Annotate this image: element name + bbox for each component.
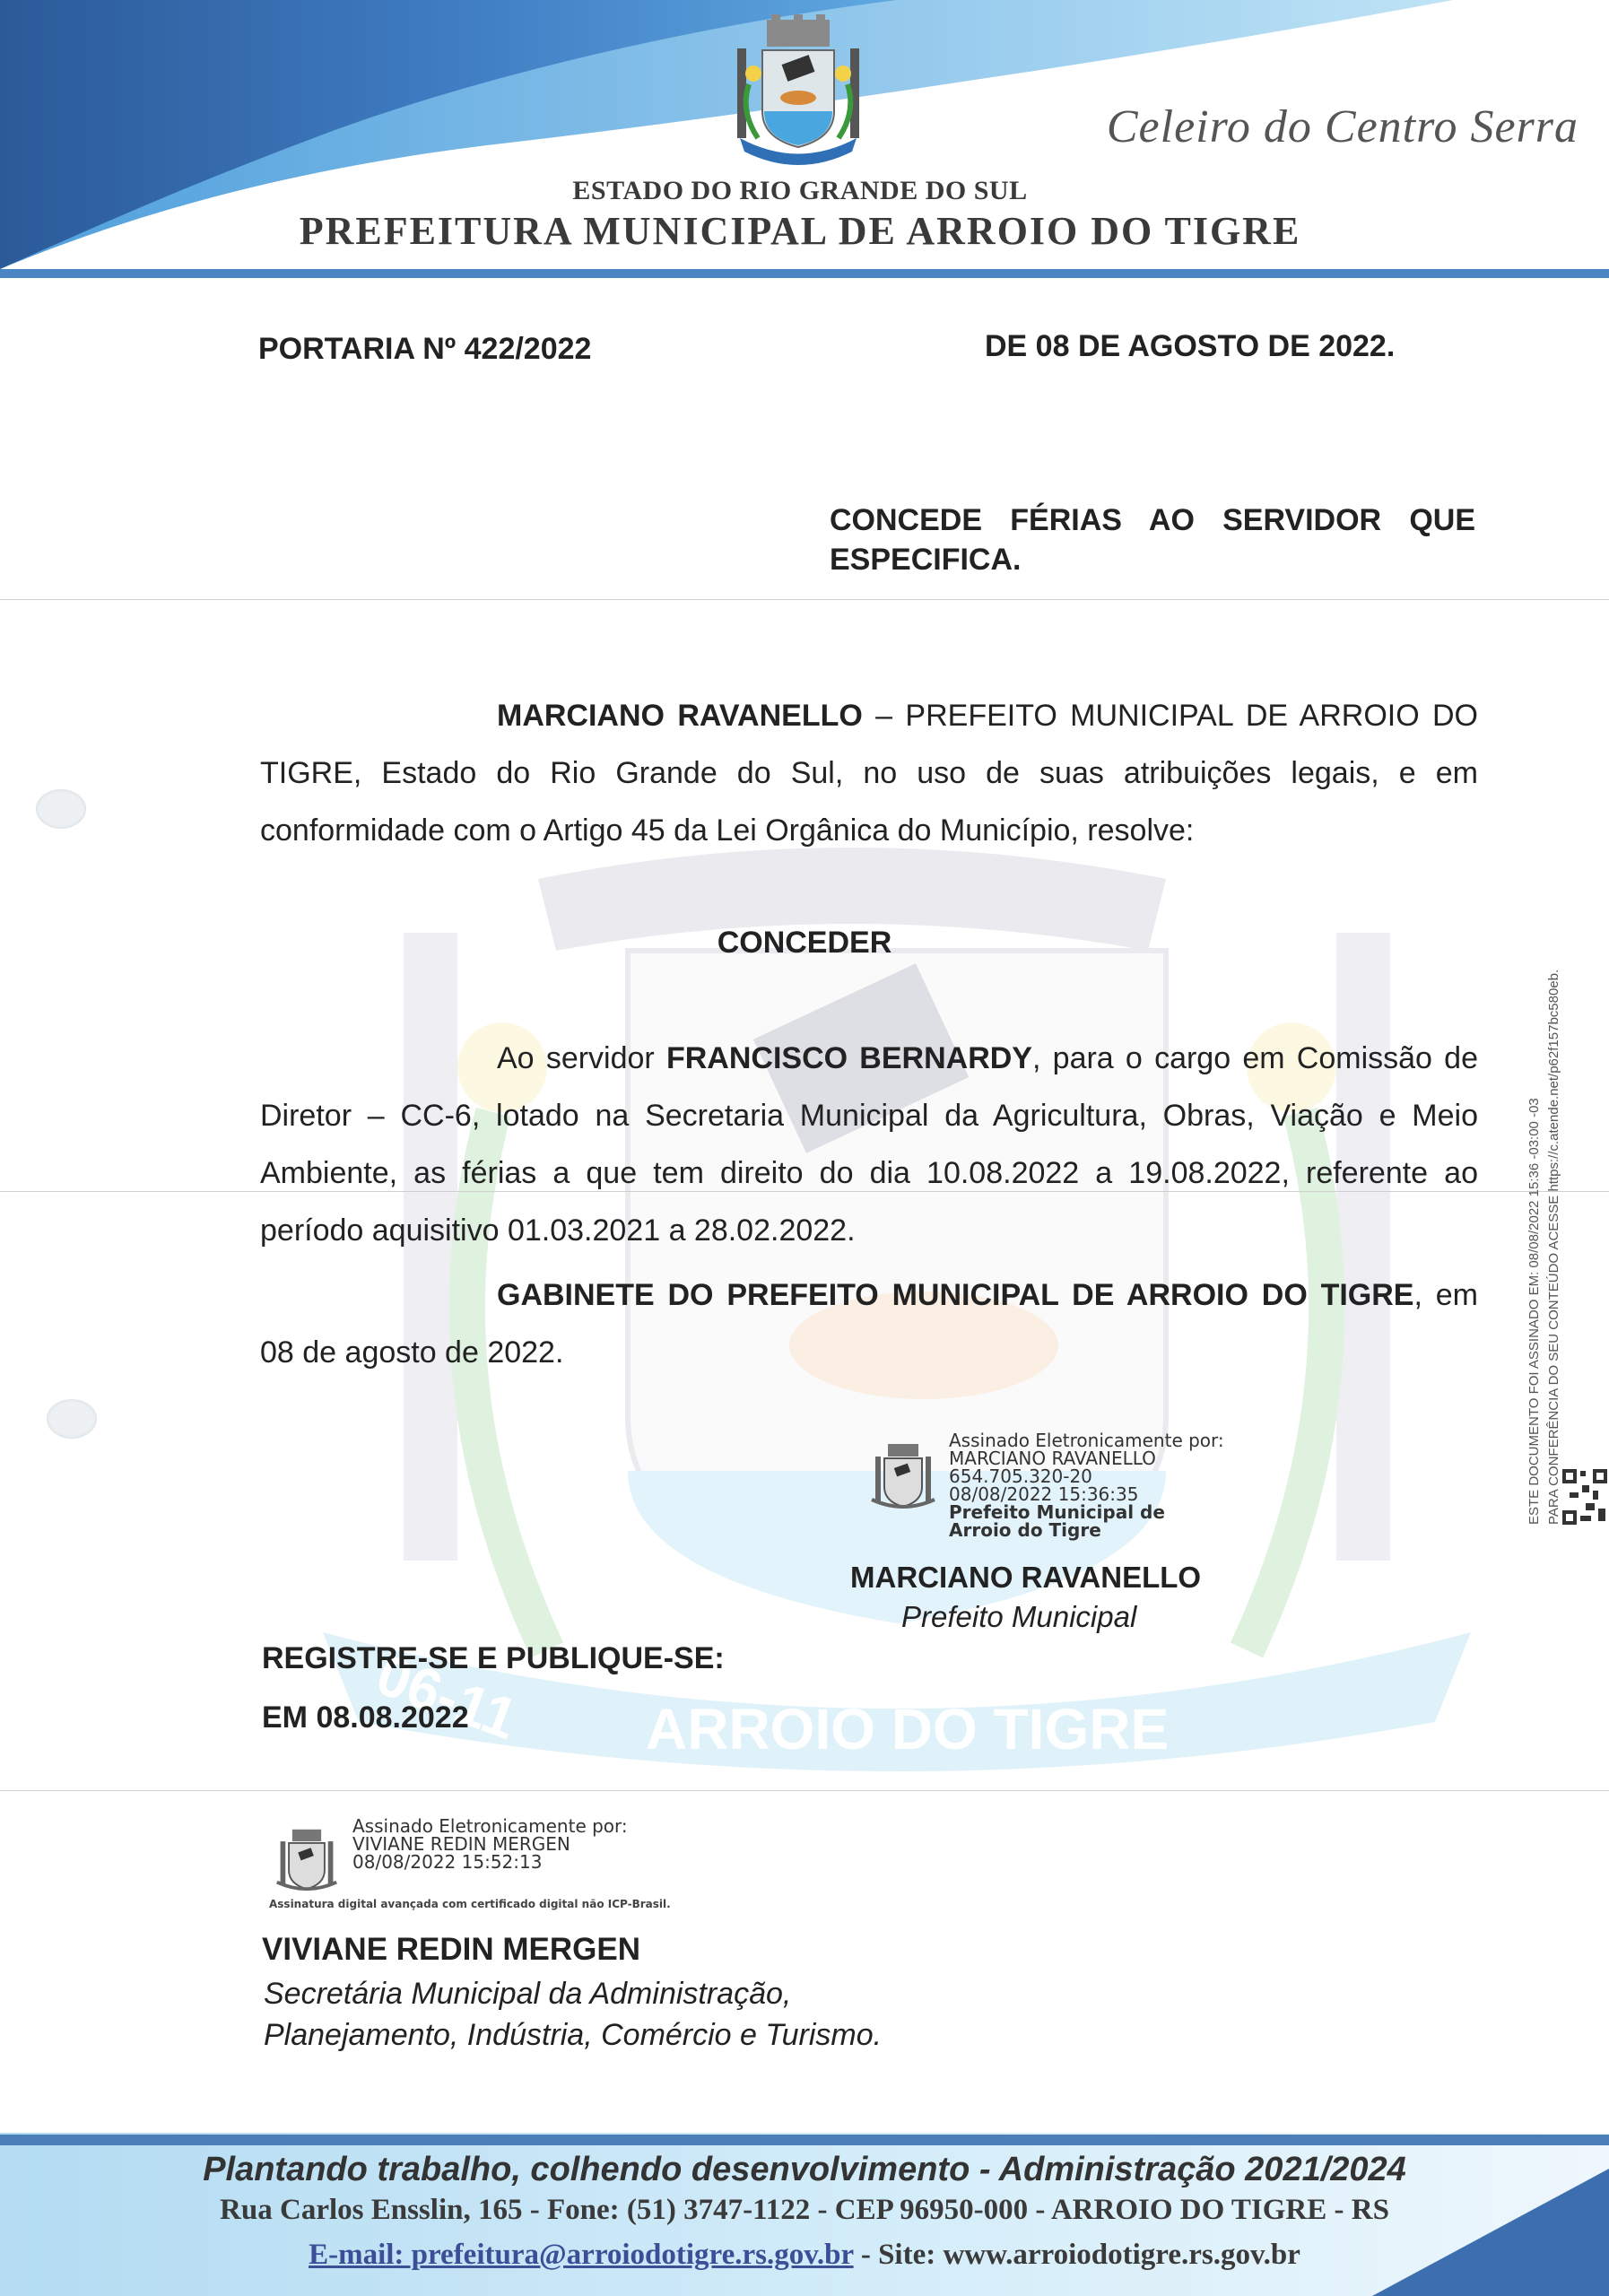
portaria-number: PORTARIA Nº 422/2022 [258,332,591,367]
stamp-heading: Assinado Eletronicamente por: [352,1817,628,1835]
preamble-paragraph: MARCIANO RAVANELLO – PREFEITO MUNICIPAL … [260,687,1478,859]
footer-contact: E-mail: prefeitura@arroiodotigre.rs.gov.… [0,2239,1609,2272]
secretary-title: Secretária Municipal da Administração, P… [264,1973,882,2056]
action-heading: CONCEDER [0,926,1609,961]
verification-notice: ESTE DOCUMENTO FOI ASSINADO EM: 08/08/20… [1525,628,1587,1525]
mayor-signature-name: MARCIANO RAVANELLO [850,1561,1201,1595]
email-link[interactable]: E-mail: prefeitura@arroiodotigre.rs.gov.… [309,2239,854,2271]
secretary-electronic-signature: Assinado Eletronicamente por: VIVIANE RE… [352,1817,628,1871]
stamp-datetime: 08/08/2022 15:52:13 [352,1853,628,1871]
signature-seal-icon [868,1440,938,1510]
punch-hole [47,1399,97,1439]
footer-address: Rua Carlos Ensslin, 165 - Fone: (51) 374… [0,2194,1609,2227]
fold-line [0,1790,1609,1791]
mayor-signature-title: Prefeito Municipal [901,1600,1136,1634]
secretary-title-line: Planejamento, Indústria, Comércio e Turi… [264,2014,882,2056]
fold-line [0,599,1609,600]
svg-text:ARROIO DO TIGRE: ARROIO DO TIGRE [646,1697,1169,1761]
employee-name: FRANCISCO BERNARDY [666,1041,1032,1075]
grant-paragraph: Ao servidor FRANCISCO BERNARDY, para o c… [260,1030,1478,1259]
stamp-heading: Assinado Eletronicamente por: [949,1431,1224,1449]
secretary-name: VIVIANE REDIN MERGEN [262,1932,640,1968]
site-text[interactable]: - Site: www.arroiodotigre.rs.gov.br [854,2239,1300,2271]
punch-hole [36,789,86,829]
closing-bold: GABINETE DO PREFEITO MUNICIPAL DE ARROIO… [497,1278,1413,1312]
portaria-date: DE 08 DE AGOSTO DE 2022. [985,329,1395,364]
mayor-name-inline: MARCIANO RAVANELLO [497,699,863,733]
verification-line: ESTE DOCUMENTO FOI ASSINADO EM: 08/08/20… [1525,628,1544,1525]
closing-paragraph: GABINETE DO PREFEITO MUNICIPAL DE ARROIO… [260,1266,1478,1381]
secretary-title-line: Secretária Municipal da Administração, [264,1973,882,2014]
stamp-datetime: 08/08/2022 15:36:35 [949,1485,1224,1503]
verification-link[interactable]: PARA CONFERÊNCIA DO SEU CONTEÚDO ACESSE … [1544,628,1564,1525]
municipal-crest-logo [718,13,879,165]
stamp-name: VIVIANE REDIN MERGEN [352,1835,628,1853]
motto: Celeiro do Centro Serra [1094,100,1579,153]
stamp-name: MARCIANO RAVANELLO [949,1449,1224,1467]
footer-divider [0,2135,1609,2145]
state-name: ESTADO DO RIO GRANDE DO SUL [0,176,1600,206]
grant-lead: Ao servidor [497,1041,666,1075]
stamp-role: Prefeito Municipal de [949,1503,1224,1521]
signature-seal-icon [274,1826,340,1892]
register-date: EM 08.08.2022 [262,1700,469,1735]
institution-name: PREFEITURA MUNICIPAL DE ARROIO DO TIGRE [0,208,1600,254]
stamp-role: Arroio do Tigre [949,1521,1224,1539]
register-publish: REGISTRE-SE E PUBLIQUE-SE: [262,1641,725,1676]
mayor-electronic-signature: Assinado Eletronicamente por: MARCIANO R… [949,1431,1224,1539]
preamble-text: – PREFEITO MUNICIPAL DE ARROIO DO TIGRE,… [260,699,1478,848]
header-divider [0,269,1609,278]
footer-slogan: Plantando trabalho, colhendo desenvolvim… [0,2151,1609,2189]
certificate-note: Assinatura digital avançada com certific… [269,1898,700,1911]
stamp-id: 654.705.320-20 [949,1467,1224,1485]
document-summary: CONCEDE FÉRIAS AO SERVIDOR QUE ESPECIFIC… [830,500,1475,579]
